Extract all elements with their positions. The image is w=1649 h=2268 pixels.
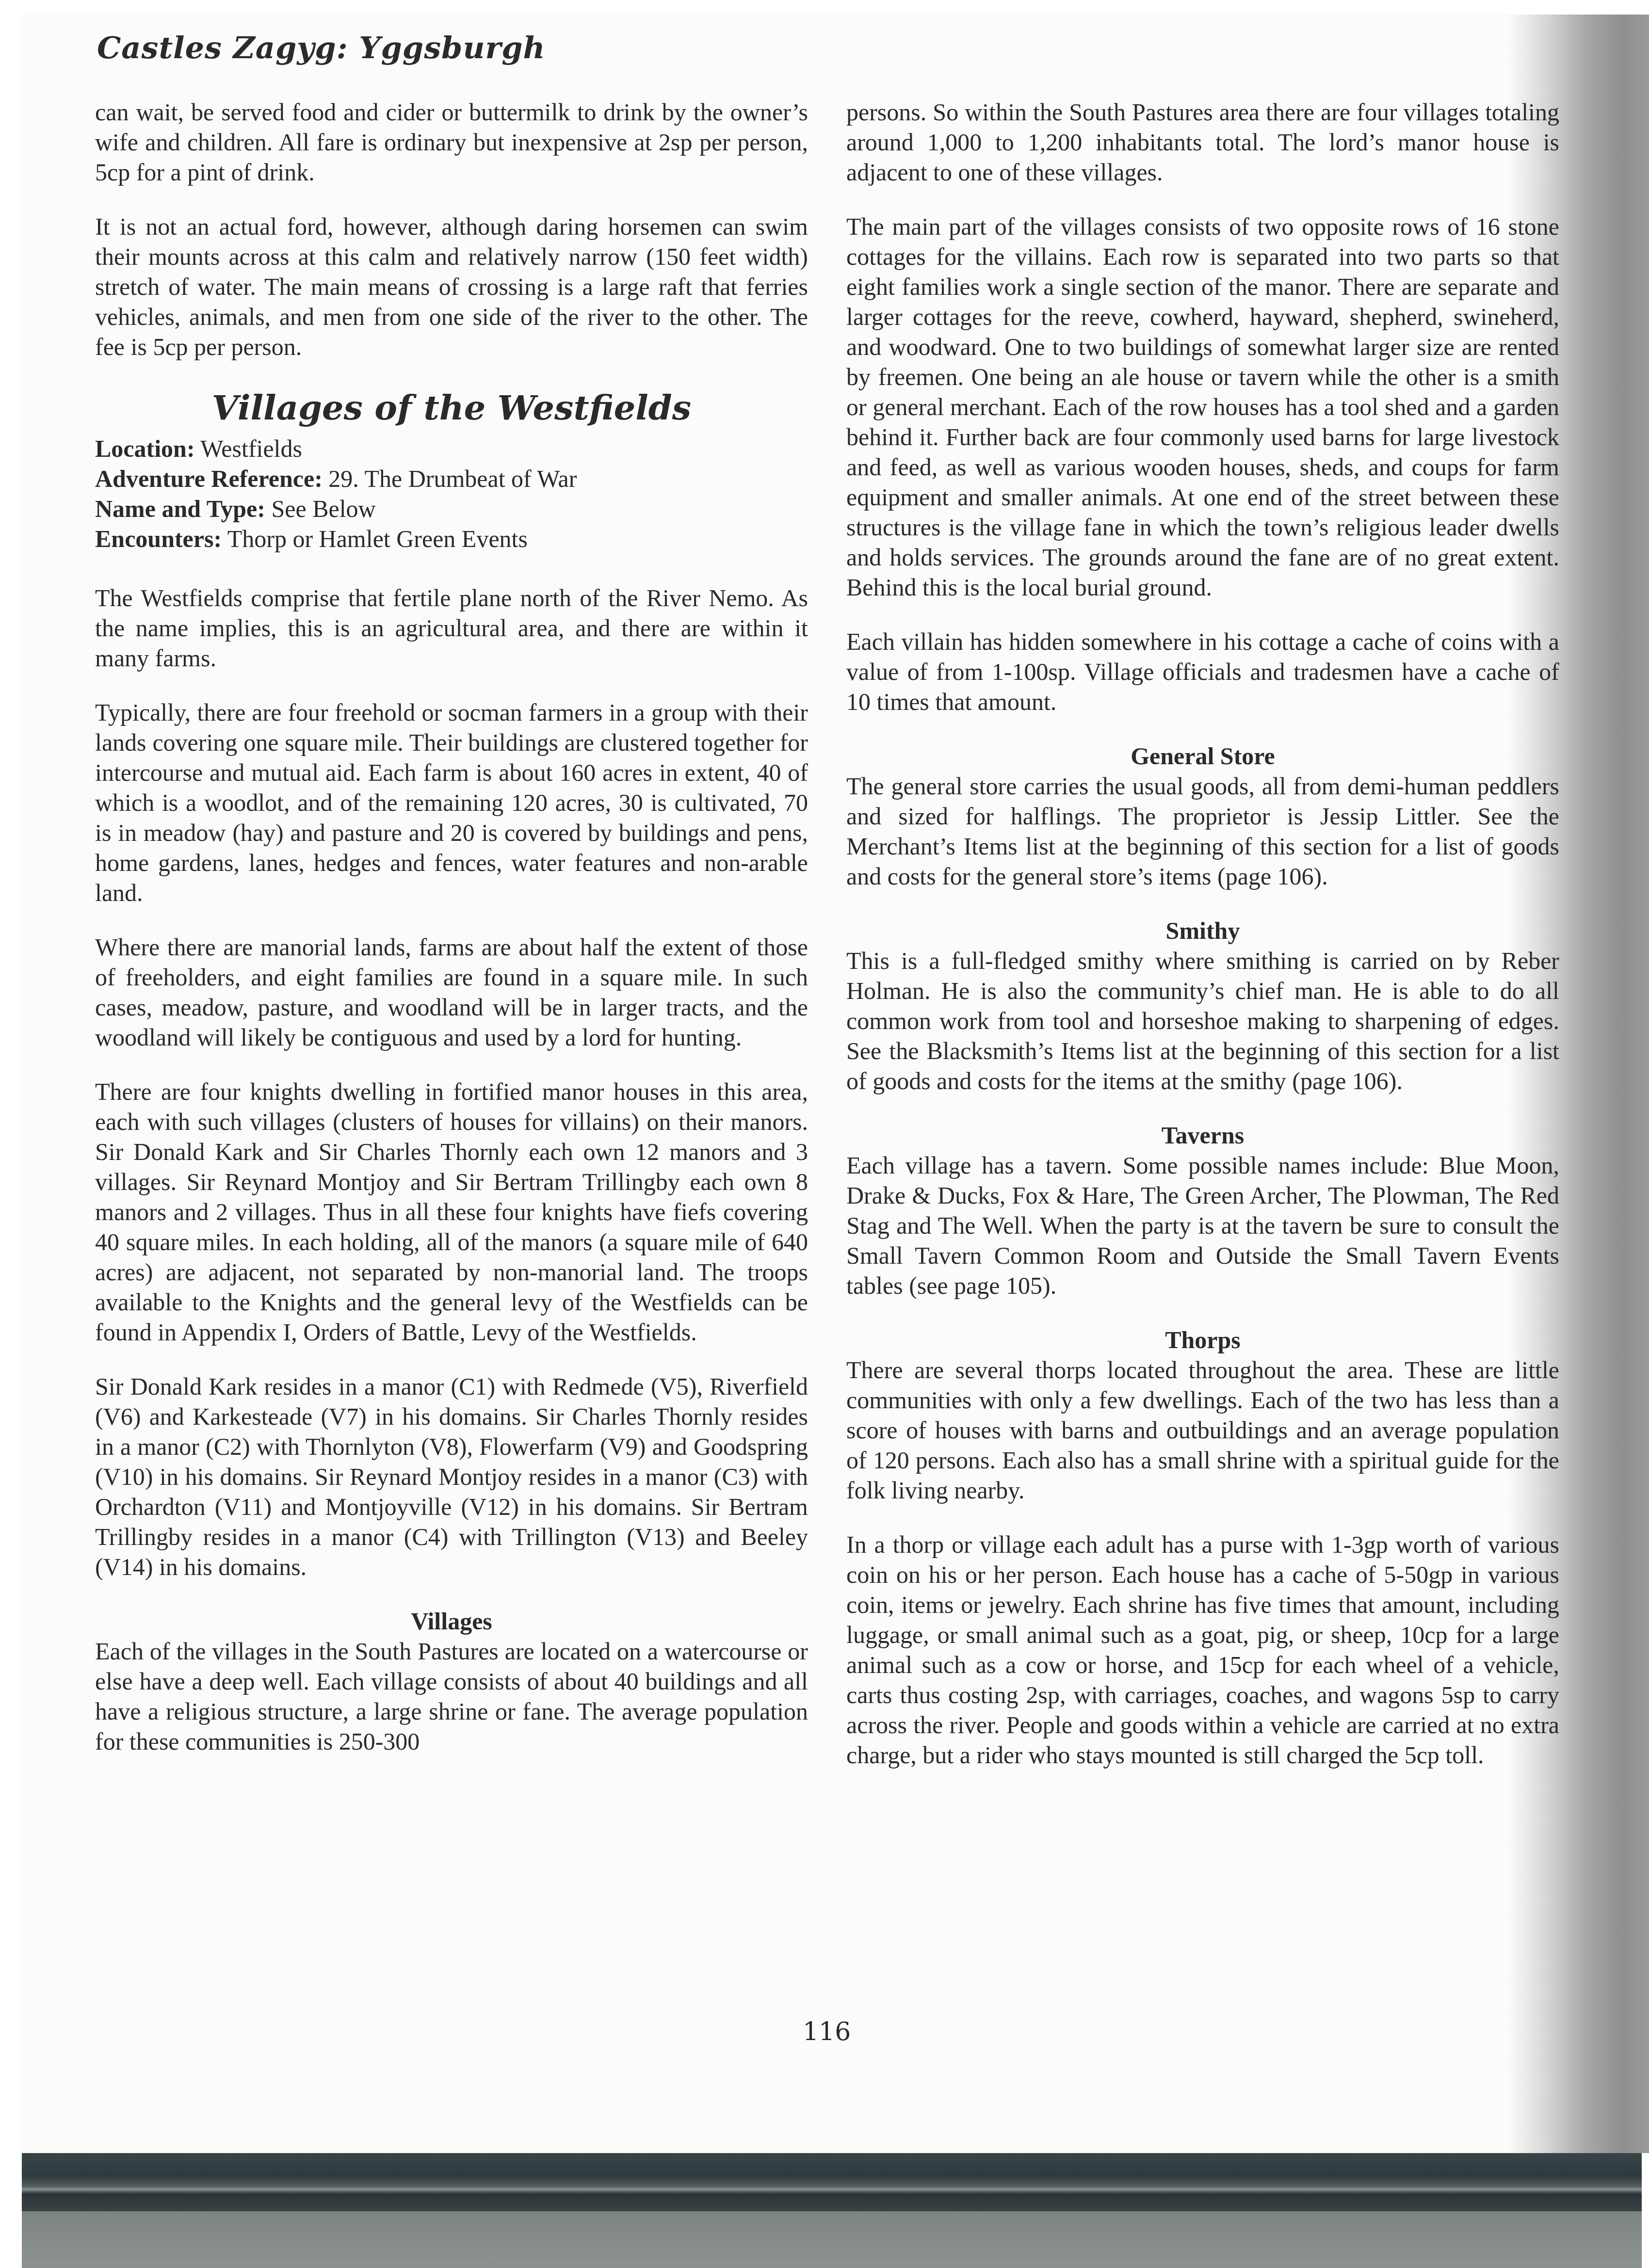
subsection-title-general-store: General Store: [846, 741, 1559, 771]
paragraph: The general store carries the usual good…: [846, 771, 1559, 891]
paragraph: This is a full-fledged smithy where smit…: [846, 946, 1559, 1096]
paragraph: Each village has a tavern. Some possible…: [846, 1150, 1559, 1301]
subsection-title-thorps: Thorps: [846, 1325, 1559, 1355]
meta-label: Location:: [95, 435, 195, 462]
running-head: Castles Zagyg: Yggsburgh: [97, 30, 546, 65]
meta-block: Location: Westfields Adventure Reference…: [95, 434, 808, 554]
paragraph: The Westfields comprise that fertile pla…: [95, 583, 808, 673]
meta-label: Name and Type:: [95, 495, 265, 522]
right-column: persons. So within the South Pastures ar…: [846, 97, 1559, 1794]
meta-value: Thorp or Hamlet Green Events: [227, 525, 528, 552]
meta-value: Westfields: [200, 435, 302, 462]
subsection-title-taverns: Taverns: [846, 1120, 1559, 1150]
meta-encounters: Encounters: Thorp or Hamlet Green Events: [95, 524, 808, 554]
meta-adventure-reference: Adventure Reference: 29. The Drumbeat of…: [95, 464, 808, 494]
paragraph: In a thorp or village each adult has a p…: [846, 1529, 1559, 1770]
meta-value: See Below: [271, 495, 375, 522]
paragraph: The main part of the villages consists o…: [846, 211, 1559, 602]
paragraph: Where there are manorial lands, farms ar…: [95, 932, 808, 1052]
section-title: Villages of the Westfields: [95, 386, 808, 430]
scanner-background: [22, 2211, 1642, 2268]
page-number: 116: [803, 2017, 851, 2046]
paragraph: can wait, be served food and cider or bu…: [95, 97, 808, 187]
meta-value: 29. The Drumbeat of War: [328, 465, 577, 492]
paragraph: persons. So within the South Pastures ar…: [846, 97, 1559, 187]
meta-location: Location: Westfields: [95, 434, 808, 464]
paragraph: Each of the villages in the South Pastur…: [95, 1636, 808, 1756]
meta-label: Adventure Reference:: [95, 465, 323, 492]
subsection-title-villages: Villages: [95, 1606, 808, 1636]
paragraph: There are four knights dwelling in forti…: [95, 1077, 808, 1347]
paragraph: Typically, there are four freehold or so…: [95, 697, 808, 908]
paragraph: It is not an actual ford, however, altho…: [95, 211, 808, 362]
book-edge: [22, 2153, 1642, 2211]
subsection-title-smithy: Smithy: [846, 916, 1559, 946]
meta-name-type: Name and Type: See Below: [95, 494, 808, 524]
paragraph: Sir Donald Kark resides in a manor (C1) …: [95, 1371, 808, 1582]
paragraph: There are several thorps located through…: [846, 1355, 1559, 1505]
meta-label: Encounters:: [95, 525, 222, 552]
paragraph: Each villain has hidden somewhere in his…: [846, 627, 1559, 717]
left-column: can wait, be served food and cider or bu…: [95, 97, 808, 1781]
